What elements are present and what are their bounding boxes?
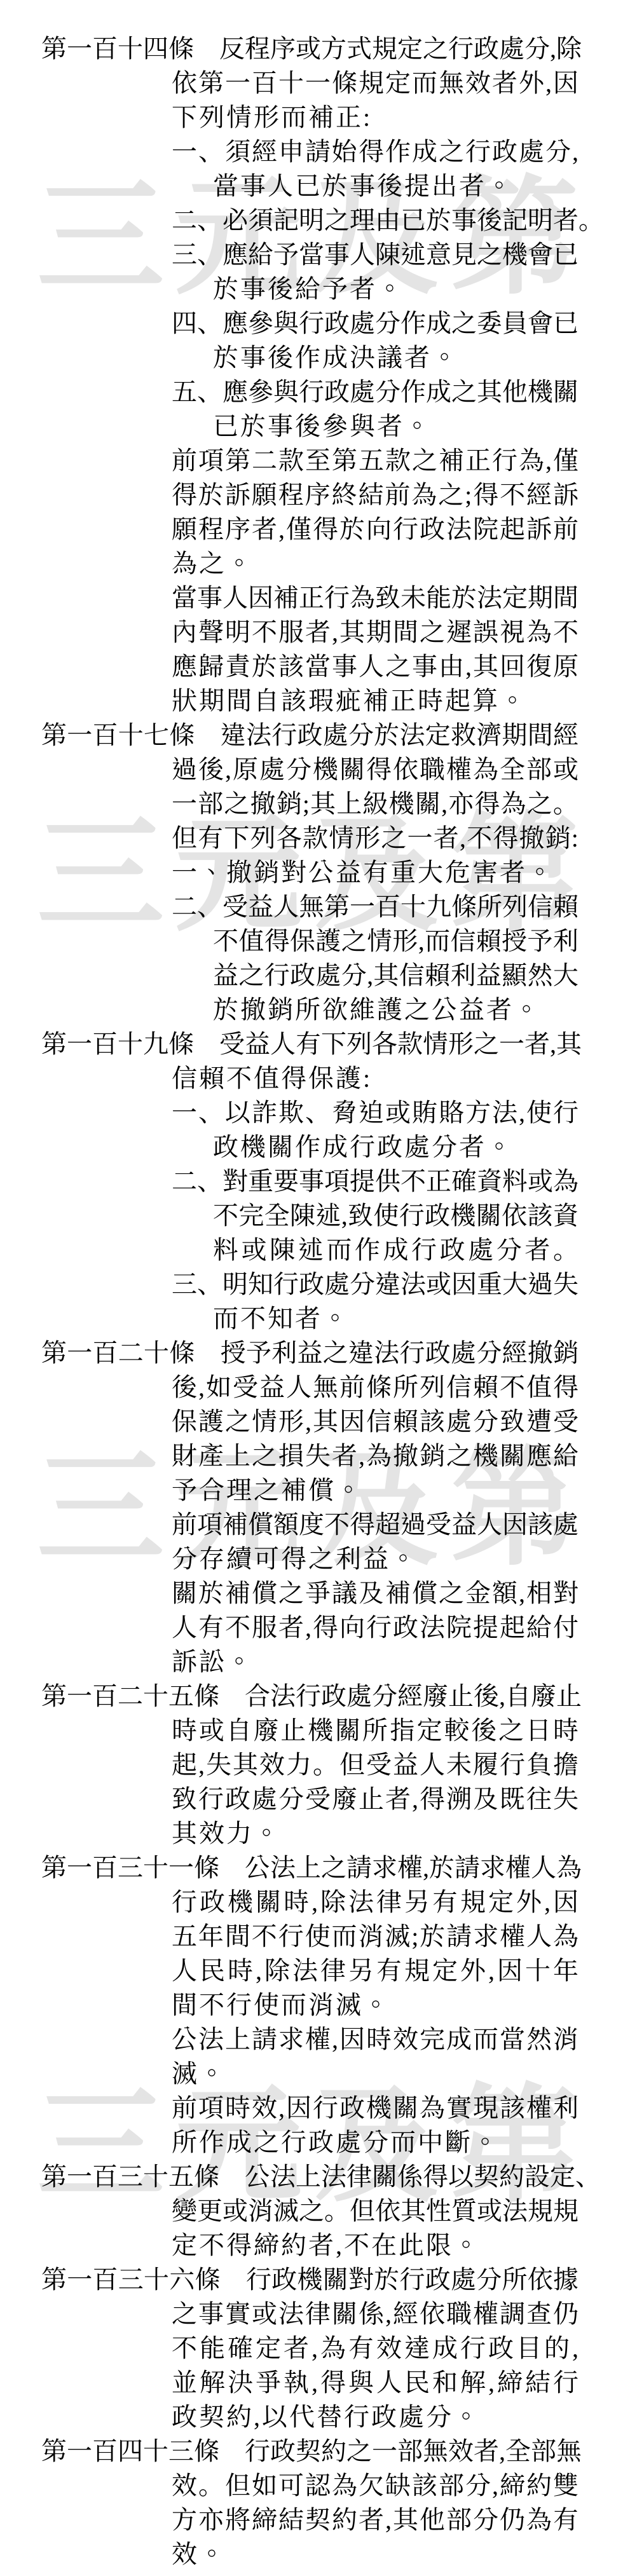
glyph: 信 [366,1405,392,1439]
glyph: , [550,32,556,66]
glyph: 止 [280,1714,306,1748]
glyph: 期 [528,581,553,615]
glyph: 付 [553,1611,578,1645]
glyph: 十 [278,66,304,100]
glyph: 二 [172,203,197,238]
glyph: 定 [550,2160,575,2194]
glyph: 法 [270,1851,296,1885]
glyph: 見 [451,238,477,272]
glyph: 。 [553,787,578,821]
glyph: 原 [553,650,578,684]
glyph: 受 [553,1405,578,1439]
glyph: 條 [169,718,195,753]
glyph: 料 [502,1164,528,1199]
glyph: 三 [172,238,197,272]
glyph: 締 [497,2366,523,2400]
glyph: 事 [197,581,222,615]
glyph: 失 [206,1748,231,1782]
glyph: 後 [477,203,502,238]
glyph: 大 [553,958,578,993]
glyph: 但 [172,821,197,855]
glyph: 供 [375,1164,400,1199]
glyph: 申 [278,135,304,169]
glyph: 之 [252,1439,277,1473]
glyph: 理 [350,203,375,238]
glyph: 除 [320,1885,346,1919]
glyph: 二 [172,890,197,924]
glyph: 處 [252,1782,277,1816]
glyph: 完 [420,2022,445,2057]
glyph: 其 [393,2503,418,2537]
glyph: 條 [169,1336,195,1370]
glyph: 提 [350,1164,375,1199]
glyph: 於 [426,203,451,238]
glyph: 一 [67,2160,92,2194]
glyph: , [465,650,472,684]
paragraph-line: 關於補償之爭議及補償之金額,相對 [172,1576,578,1611]
glyph: 賴 [553,890,578,924]
glyph: 法 [198,2022,224,2057]
glyph: 金 [465,1576,491,1611]
glyph: 後 [198,753,224,787]
glyph: 益 [476,958,502,993]
glyph: , [519,1096,525,1130]
glyph: 外 [460,1954,486,1988]
glyph: 明 [528,203,553,238]
glyph: 百 [93,718,118,753]
glyph: 原 [233,753,258,787]
glyph: 事 [324,238,350,272]
glyph: , [278,512,285,547]
glyph: 一 [67,718,92,753]
glyph: 定 [502,581,528,615]
glyph: , [423,1851,429,1885]
glyph: 法 [292,1954,318,1988]
glyph: 不 [500,478,525,512]
glyph: 款 [278,444,304,478]
glyph: 規 [528,2194,553,2228]
glyph: 償 [412,1576,437,1611]
glyph: 致 [172,1782,197,1816]
glyph: 訴 [553,478,578,512]
glyph: 情 [367,924,392,958]
glyph: 為 [320,2331,346,2366]
glyph: 律 [376,1885,402,1919]
glyph: 不 [252,1919,277,1954]
paragraph-line: 得於訴願程序終結前為之;得不經訴 [172,478,578,512]
paragraph-line: 之事實或法律關係,經依職權調查仍 [172,2297,578,2331]
glyph: 外 [516,1885,542,1919]
glyph: 仍 [553,2297,578,2331]
glyph: 力 [286,1748,311,1782]
paragraph-line: 為之。 [172,547,578,581]
glyph: 一 [172,1096,197,1130]
glyph: 項 [324,1164,350,1199]
glyph: 法 [348,1885,374,1919]
glyph: 益 [248,890,273,924]
glyph: 由 [375,203,400,238]
glyph: 條 [194,1679,219,1714]
glyph: 願 [252,478,277,512]
glyph: 欠 [359,2469,384,2503]
glyph: 對 [348,2263,374,2297]
glyph: 明 [225,615,250,650]
list-item-line: 二、對重要事項提供不正確資料或為 [172,1164,578,1199]
glyph: 其 [233,1748,258,1782]
glyph: 委 [477,306,502,341]
glyph: 、 [197,306,222,341]
list-item-continuation-line: 料或陳述而作成行政處分者。 [213,1233,578,1267]
glyph: 有 [376,1954,402,1988]
glyph: 行 [553,1096,578,1130]
glyph: 事 [412,650,437,684]
glyph: 。 [553,1233,578,1267]
glyph: 關 [553,375,578,409]
list-item-line: 四、應參與行政處分作成之委員會已 [172,306,578,341]
glyph: 法 [492,1096,517,1130]
glyph: 政 [492,135,517,169]
glyph: 一 [67,2434,92,2469]
glyph: 者 [278,1611,304,1645]
glyph: ; [303,787,310,821]
glyph: 、 [197,890,222,924]
paragraph-line: 前項第二款至第五款之補正行為,僅 [172,444,578,478]
glyph: 無 [313,1370,338,1405]
glyph: 之 [172,2297,197,2331]
glyph: 資 [553,1199,578,1233]
glyph: 時 [172,1714,197,1748]
paragraph-line: 分存續可得之利益。 [172,1542,578,1576]
glyph: 款 [397,1027,423,1061]
glyph: 情 [252,1405,277,1439]
glyph: 得 [493,821,518,855]
glyph: 查 [526,2297,552,2331]
glyph: 第 [41,1851,67,1885]
glyph: 五 [168,1679,194,1714]
paragraph-line: 前項補償額度不得超過受益人因該處 [172,1508,578,1542]
glyph: 於 [339,512,365,547]
glyph: 已 [400,203,426,238]
glyph: 法 [246,718,271,753]
glyph: 處 [468,1233,493,1267]
glyph: 之 [451,375,477,409]
glyph: 求 [278,2022,304,2057]
glyph: 有 [198,821,223,855]
glyph: 職 [420,753,445,787]
paragraph-line: 並解決爭執,得與人民和解,締結行 [172,2366,578,2400]
watermark-glyph: 三 [37,810,164,940]
glyph: 。 [198,2469,224,2503]
list-item-continuation-line: 當事人已於事後提出者。 [213,169,578,203]
glyph: 定 [256,2331,281,2366]
glyph: 應 [222,238,248,272]
glyph: 述 [298,1233,324,1267]
glyph: 授 [502,924,527,958]
glyph: , [198,1370,205,1405]
glyph: 而 [326,1233,352,1267]
glyph: 行 [245,2434,270,2469]
glyph: , [545,66,552,100]
glyph: 之 [225,1405,250,1439]
glyph: , [311,2331,318,2366]
glyph: 於 [198,1576,224,1611]
glyph: 所 [362,1714,388,1748]
glyph: 二 [118,1679,143,1714]
glyph: 人 [477,1508,502,1542]
glyph: 超 [375,1508,400,1542]
glyph: 序 [305,478,331,512]
glyph: 效 [172,2469,197,2503]
glyph: 因 [502,1508,528,1542]
glyph: 程 [198,512,224,547]
glyph: 起 [172,1748,197,1782]
glyph: 得 [320,2366,346,2400]
glyph: 條 [366,1370,392,1405]
glyph: 之 [278,1576,304,1611]
glyph: 行 [400,2263,425,2297]
glyph: 結 [358,478,383,512]
glyph: 之 [439,135,464,169]
glyph: 職 [446,2297,472,2331]
glyph: 因 [497,1954,523,1988]
glyph: 違 [221,718,246,753]
glyph: 益 [259,1370,285,1405]
glyph: 而 [332,1919,357,1954]
paragraph-line: 公法上請求權,因時效完成而當然消 [172,2022,578,2057]
glyph: 處 [346,1679,372,1714]
glyph: 者 [553,203,578,238]
glyph: 撤 [393,1439,418,1473]
glyph: 當 [500,2022,525,2057]
glyph: 定 [385,66,411,100]
glyph: 百 [92,2160,118,2194]
glyph: 第 [324,890,350,924]
glyph: 效 [448,2434,474,2469]
glyph: , [367,958,373,993]
glyph: 級 [363,787,388,821]
glyph: 質 [451,2194,477,2228]
glyph: 可 [278,2469,304,2503]
glyph: 第 [41,718,67,753]
glyph: 缺 [385,2469,411,2503]
glyph: 政 [271,2263,297,2297]
glyph: 公 [172,2022,197,2057]
glyph: 員 [502,306,528,341]
glyph: 益 [245,1027,270,1061]
glyph: 經 [252,135,277,169]
glyph: 形 [392,924,418,958]
glyph: 詐 [252,1096,277,1130]
glyph: 、 [197,1267,222,1302]
glyph: 如 [206,1370,231,1405]
glyph: 約 [526,2469,552,2503]
glyph: 下 [321,1027,346,1061]
glyph: 行 [299,306,324,341]
paragraph-line: 間不行使而消滅。 [172,1988,578,2022]
glyph: 擔 [553,1748,578,1782]
glyph: 政 [321,1679,346,1714]
article-heading-line: 第一百十九條 受益人有下列各款情形之一者,其 [41,1027,578,1061]
glyph: 者 [474,2434,499,2469]
paragraph-line: 人民時,除法律另有規定外,因十年 [172,1954,578,1988]
glyph: 因 [339,2022,365,2057]
glyph: 、 [305,1096,331,1130]
glyph: 迫 [359,1096,384,1130]
glyph: 下 [224,821,249,855]
glyph: 確 [451,1164,477,1199]
glyph: 機 [473,1439,498,1473]
glyph: 資 [477,1164,502,1199]
paragraph-line: 效。但如可認為欠缺該部分,締約雙 [172,2469,578,2503]
glyph: 以 [448,2160,474,2194]
glyph: 上 [296,1851,321,1885]
glyph: 得 [420,1782,445,1816]
glyph: 於 [420,1919,445,1954]
glyph: 不 [252,615,277,650]
glyph: 政 [290,958,315,993]
glyph: 處 [324,1267,350,1302]
glyph: 負 [526,1748,552,1782]
glyph: 實 [446,2091,472,2125]
glyph: 為 [519,444,544,478]
glyph: 處 [259,753,285,787]
glyph: 無 [423,2434,448,2469]
glyph: 者 [252,512,277,547]
glyph: 其 [473,650,498,684]
glyph: 依 [420,2297,445,2331]
glyph: 部 [397,2434,423,2469]
glyph: 間 [528,718,553,753]
glyph: ; [465,478,472,512]
glyph: 向 [366,512,392,547]
glyph: 應 [222,306,248,341]
glyph: 認 [305,2469,331,2503]
glyph: 救 [451,718,476,753]
glyph: 有 [553,2503,578,2537]
glyph: 仍 [500,2503,525,2537]
glyph: 料 [213,1233,238,1267]
glyph: , [278,2091,285,2125]
glyph: 款 [303,821,328,855]
glyph: 或 [477,2194,502,2228]
glyph: 誤 [473,615,498,650]
glyph: 護 [198,1405,224,1439]
glyph: 各 [372,1027,397,1061]
glyph: 部 [526,753,552,787]
glyph: 一 [67,1679,92,1714]
glyph: 雙 [553,2469,578,2503]
glyph: 第 [332,444,357,478]
glyph: 處 [350,306,375,341]
glyph: 回 [500,650,525,684]
glyph: 四 [143,32,168,66]
glyph: 未 [400,581,426,615]
glyph: 然 [527,958,552,993]
glyph: 關 [335,1714,360,1748]
glyph: 不 [324,1508,350,1542]
glyph: 性 [426,2194,451,2228]
glyph: 於 [252,650,277,684]
paragraph-line: 保護之情形,其因信賴該處分致遭受 [172,1405,578,1439]
glyph [219,2160,245,2194]
glyph: 行 [264,958,290,993]
glyph: 遲 [446,615,472,650]
paragraph-line: 依第一百十一條規定而無效者外,因 [172,66,578,100]
glyph: 銷 [420,1439,445,1473]
list-item-line: 一、以詐欺、脅迫或賄賂方法,使行 [172,1096,578,1130]
glyph: 依 [528,2263,553,2297]
list-item-line: 一、須經申請始得作成之行政處分, [172,135,578,169]
glyph: 機 [450,1199,476,1233]
glyph: 十 [400,890,426,924]
glyph: 上 [296,2160,321,2194]
glyph: 願 [172,512,197,547]
glyph: 人 [270,1027,296,1061]
glyph: 之 [385,650,411,684]
glyph: 三 [118,1851,143,1885]
glyph: 十 [525,1954,551,1988]
glyph: 形 [355,821,380,855]
paragraph-line: 一部之撤銷;其上級機關,亦得為之。 [172,787,578,821]
glyph: 正 [299,581,324,615]
glyph: 法 [477,581,502,615]
paragraph-line: 人有不服者,得向行政法院提起給付 [172,1611,578,1645]
glyph: 條 [332,66,357,100]
glyph: 始 [332,135,357,169]
glyph: 行 [393,512,418,547]
glyph: , [499,2434,505,2469]
glyph: 列 [420,1370,445,1405]
glyph: 規 [460,1885,486,1919]
glyph: 第 [41,32,67,66]
glyph: 權 [473,2297,498,2331]
glyph: 一 [499,1027,524,1061]
glyph: 機 [366,2091,392,2125]
glyph: 項 [198,2091,224,2125]
glyph: 因 [286,2091,311,2125]
glyph: 定 [432,1954,458,1988]
glyph: 處 [499,32,524,66]
glyph: 實 [225,2297,250,2331]
glyph: 權 [500,1919,525,1954]
glyph: 補 [385,1576,411,1611]
glyph: 機 [298,2263,323,2297]
glyph: 亦 [448,787,474,821]
glyph: 條 [195,2263,221,2297]
glyph: 院 [473,512,498,547]
glyph: 及 [473,1782,498,1816]
glyph: 作 [385,135,411,169]
glyph: 重 [248,1164,273,1199]
glyph: 行 [399,1199,425,1233]
glyph: 法 [446,512,472,547]
glyph: 處 [323,718,348,753]
glyph: 成 [426,306,451,341]
glyph: 定 [417,1714,442,1748]
glyph: 處 [451,2263,476,2297]
paragraph-line: 後,如受益人無前條所列信賴不值得 [172,1370,578,1405]
glyph: 列 [502,890,528,924]
glyph: , [572,135,578,169]
glyph: , [305,1405,311,1439]
glyph: 與 [348,2366,374,2400]
glyph: 結 [278,2503,304,2537]
glyph: 明 [299,203,324,238]
glyph: 有 [348,2331,374,2366]
glyph: 復 [526,650,552,684]
glyph: 由 [439,650,464,684]
list-item-line: 三、明知行政處分違法或因重大過失 [172,1267,578,1302]
